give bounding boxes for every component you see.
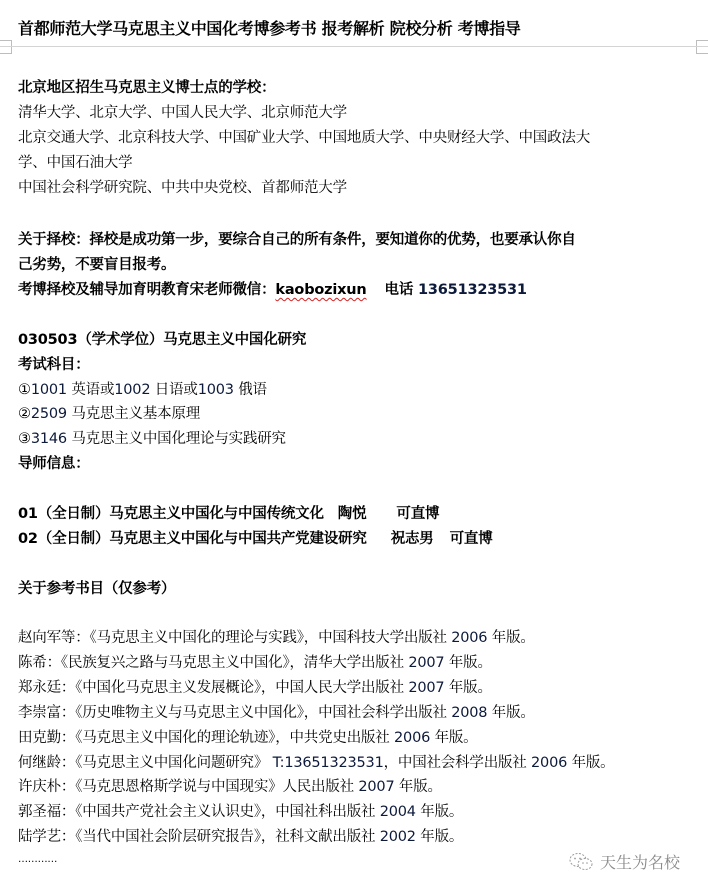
- book-year: 2006: [394, 730, 430, 746]
- watermark: 天生为名校: [568, 850, 680, 873]
- book-text: 田克勤：《马克思主义中国化的理论轨迹》，中共党史出版社: [18, 730, 390, 746]
- exam-text: 马克思主义中国化理论与实践研究: [71, 431, 286, 447]
- direction-row: 01（全日制）马克思主义中国化与中国传统文化陶悦可直博: [18, 504, 439, 524]
- direction-note: 可直博: [450, 531, 493, 547]
- schools-heading: 北京地区招生马克思主义博士点的学校：: [18, 78, 275, 98]
- header-corner-mark-right: [696, 40, 708, 54]
- advisor-heading: 导师信息：: [18, 454, 90, 474]
- direction-advisor: 陶悦: [338, 506, 367, 522]
- exam-code: 1002: [114, 382, 150, 398]
- book-item: 田克勤：《马克思主义中国化的理论轨迹》，中共党史出版社 2006 年版。: [18, 728, 477, 748]
- direction-number: 01: [18, 506, 38, 522]
- book-suffix: 年版。: [399, 779, 442, 795]
- book-text: 何继龄：《马克思主义中国化问题研究》: [18, 755, 268, 771]
- book-year: 2006: [531, 755, 567, 771]
- advice-line: 己劣势，不要盲目报考。: [18, 255, 175, 275]
- exam-code: 3146: [31, 431, 67, 447]
- exam-item: ②2509 马克思主义基本原理: [18, 404, 200, 424]
- exam-text: 俄语: [238, 382, 267, 398]
- exam-marker: ②: [18, 406, 31, 422]
- book-suffix: 年版。: [449, 680, 492, 696]
- book-text: 赵向军等：《马克思主义中国化的理论与实践》，中国科技大学出版社: [18, 630, 447, 646]
- exam-text: 日语或: [155, 382, 198, 398]
- advice-line: 关于择校：择校是成功第一步，要综合自己的所有条件，要知道你的优势，也要承认你自: [18, 230, 576, 250]
- exam-code: 1003: [198, 382, 234, 398]
- direction-number: 02: [18, 531, 38, 547]
- header-divider: [0, 46, 708, 47]
- book-year: 2006: [451, 630, 487, 646]
- book-item: 郭圣福：《中国共产党社会主义认识史》，中国社科出版社 2004 年版。: [18, 802, 463, 822]
- book-suffix: 年版。: [492, 705, 535, 721]
- exam-marker: ①: [18, 382, 31, 398]
- exam-heading: 考试科目：: [18, 355, 90, 375]
- book-item: 陆学艺：《当代中国社会阶层研究报告》，社科文献出版社 2002 年版。: [18, 827, 463, 847]
- direction-advisor: 祝志男: [391, 531, 434, 547]
- book-text: 陈希：《民族复兴之路与马克思主义中国化》，清华大学出版社: [18, 655, 404, 671]
- book-year: 2008: [451, 705, 487, 721]
- program-title: 030503（学术学位）马克思主义中国化研究: [18, 330, 306, 350]
- direction-row: 02（全日制）马克思主义中国化与中国共产党建设研究祝志男可直博: [18, 529, 493, 549]
- phone-number: 13651323531: [418, 282, 527, 298]
- book-text: 郑永廷：《中国化马克思主义发展概论》，中国人民大学出版社: [18, 680, 404, 696]
- book-suffix: 年版。: [435, 730, 478, 746]
- schools-line: 北京交通大学、北京科技大学、中国矿业大学、中国地质大学、中央财经大学、中国政法大: [18, 128, 590, 148]
- book-item: 赵向军等：《马克思主义中国化的理论与实践》，中国科技大学出版社 2006 年版。: [18, 628, 535, 648]
- book-text: 许庆朴：《马克思恩格斯学说与中国现实》人民出版社: [18, 779, 354, 795]
- book-year: 2007: [408, 655, 444, 671]
- book-item: 许庆朴：《马克思恩格斯学说与中国现实》人民出版社 2007 年版。: [18, 777, 442, 797]
- references-heading: 关于参考书目（仅参考）: [18, 579, 175, 599]
- book-suffix: 年版。: [449, 655, 492, 671]
- exam-text: 马克思主义基本原理: [71, 406, 200, 422]
- document-title: 首都师范大学马克思主义中国化考博参考书 报考解析 院校分析 考博指导: [18, 16, 521, 39]
- ellipsis: …………: [18, 850, 57, 870]
- direction-name: （全日制）马克思主义中国化与中国传统文化: [38, 506, 324, 522]
- contact-line: 考博择校及辅导加育明教育宋老师微信：kaobozixun电话 136513235…: [18, 280, 527, 300]
- exam-item: ③3146 马克思主义中国化理论与实践研究: [18, 429, 286, 449]
- watermark-text: 天生为名校: [600, 850, 680, 873]
- wechat-icon: [568, 852, 594, 872]
- exam-item: ①1001 英语或1002 日语或1003 俄语: [18, 380, 267, 400]
- phone-label: 电话: [385, 282, 414, 298]
- book-text: 李崇富：《历史唯物主义与马克思主义中国化》，中国社会科学出版社: [18, 705, 447, 721]
- schools-line: 中国社会科学研究院、中共中央党校、首都师范大学: [18, 178, 347, 198]
- book-publisher: ，中国社会科学出版社: [384, 755, 527, 771]
- contact-prefix: 考博择校及辅导加育明教育宋老师微信：: [18, 282, 275, 298]
- book-year: 2007: [358, 779, 394, 795]
- book-suffix: 年版。: [420, 804, 463, 820]
- book-year: 2002: [380, 829, 416, 845]
- direction-note: 可直博: [396, 506, 439, 522]
- wechat-id: kaobozixun: [275, 282, 366, 298]
- exam-code: 1001: [31, 382, 67, 398]
- schools-line: 学、中国石油大学: [18, 153, 132, 173]
- book-item: 何继龄：《马克思主义中国化问题研究》 T:13651323531，中国社会科学出…: [18, 753, 614, 773]
- book-item: 郑永廷：《中国化马克思主义发展概论》，中国人民大学出版社 2007 年版。: [18, 678, 492, 698]
- book-suffix: 年版。: [420, 829, 463, 845]
- book-phone: T:13651323531: [273, 755, 384, 771]
- book-item: 李崇富：《历史唯物主义与马克思主义中国化》，中国社会科学出版社 2008 年版。: [18, 703, 535, 723]
- exam-text: 英语或: [71, 382, 114, 398]
- schools-line: 清华大学、北京大学、中国人民大学、北京师范大学: [18, 103, 347, 123]
- exam-code: 2509: [31, 406, 67, 422]
- book-year: 2007: [408, 680, 444, 696]
- book-suffix: 年版。: [492, 630, 535, 646]
- book-year: 2004: [380, 804, 416, 820]
- book-text: 陆学艺：《当代中国社会阶层研究报告》，社科文献出版社: [18, 829, 375, 845]
- book-text: 郭圣福：《中国共产党社会主义认识史》，中国社科出版社: [18, 804, 375, 820]
- book-item: 陈希：《民族复兴之路与马克思主义中国化》，清华大学出版社 2007 年版。: [18, 653, 492, 673]
- exam-marker: ③: [18, 431, 31, 447]
- book-suffix: 年版。: [572, 755, 615, 771]
- direction-name: （全日制）马克思主义中国化与中国共产党建设研究: [38, 531, 367, 547]
- header-corner-mark-left: [0, 40, 12, 54]
